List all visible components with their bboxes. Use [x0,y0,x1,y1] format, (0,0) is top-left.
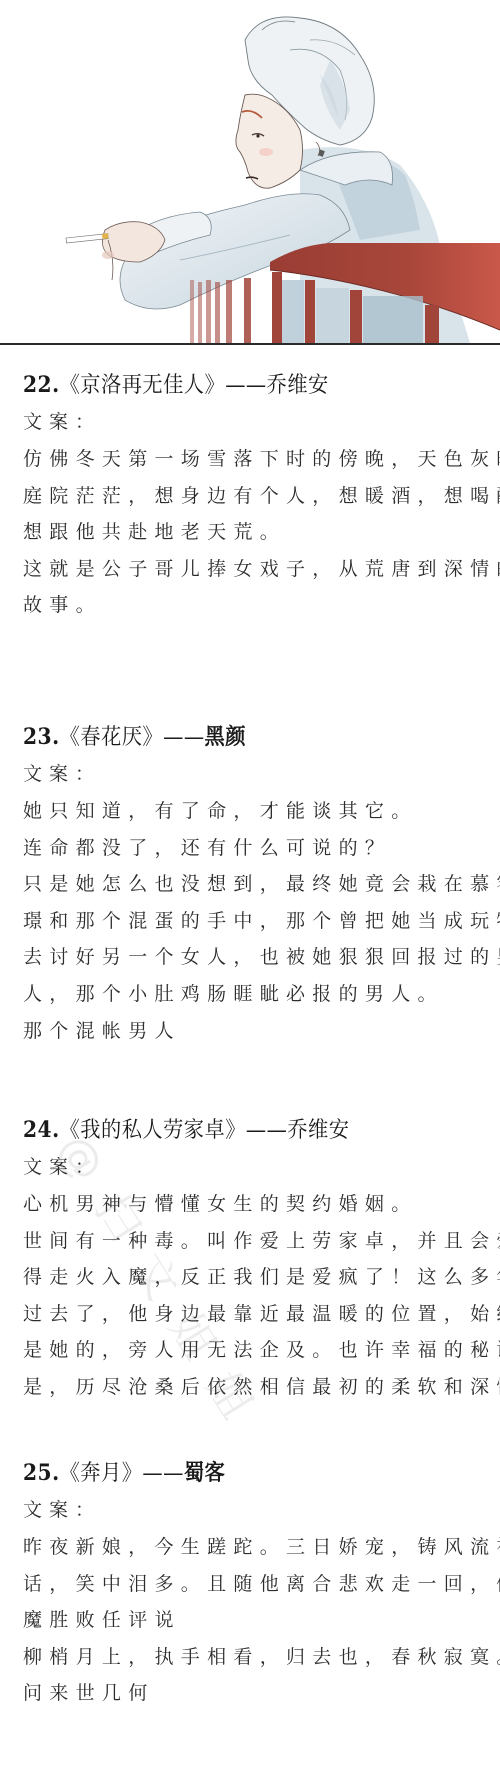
header-illustration [0,0,500,343]
blurb-line: 人，那个小肚鸡肠睚眦必报的男人。 [23,976,483,1013]
book-author: 乔维安 [287,1118,349,1143]
blurb-line: 这就是公子哥儿捧女戏子，从荒唐到深情的 [23,551,483,588]
book-entry-23: 23.《春花厌》——黑颜 文案： 她只知道，有了命，才能谈其它。 连命都没了，还… [23,719,483,1049]
book-entry-25: 25.《奔月》——蜀客 文案： 昨夜新娘，今生蹉跎。三日娇宠，铸风流神 话，笑中… [23,1455,483,1712]
blurb-label: 文案： [23,1148,483,1186]
blurb-line: 魔胜败任评说 [23,1602,483,1639]
blurb-label: 文案： [23,403,483,441]
blurb-line: 那个混帐男人 [23,1013,483,1050]
illustration-figure-on-railing [0,0,500,343]
title-dash: —— [142,1461,183,1486]
blurb-line: 只是她怎么也没想到，最终她竟会栽在慕容 [23,866,483,903]
blurb-line: 去讨好另一个女人，也被她狠狠回报过的男 [23,939,483,976]
book-entry-24: 24.《我的私人劳家卓》——乔维安 文案： 心机男神与懵懂女生的契约婚姻。 世间… [23,1112,483,1406]
book-title: 《奔月》 [60,1461,143,1486]
book-title: 《春花厌》 [60,725,164,750]
blurb-label: 文案： [23,755,483,793]
book-title: 《京洛再无佳人》 [60,373,226,398]
blurb-line: 是她的，旁人用无法企及。也许幸福的秘诀 [23,1332,483,1369]
blurb-line: 话，笑中泪多。且随他离合悲欢走一回，仙 [23,1566,483,1603]
book-number: 22. [23,372,60,398]
blurb-line: 心机男神与懵懂女生的契约婚姻。 [23,1186,483,1223]
book-author: 乔维安 [267,373,329,398]
book-title-heading: 23.《春花厌》——黑颜 [23,719,446,755]
book-title: 《我的私人劳家卓》 [60,1118,246,1143]
title-dash: —— [163,725,204,750]
book-title-heading: 22.《京洛再无佳人》——乔维安 [23,367,446,403]
image-divider-line [0,343,500,345]
book-number: 23. [23,724,60,750]
book-entry-22: 22.《京洛再无佳人》——乔维安 文案： 仿佛冬天第一场雪落下时的傍晚，天色灰暗… [23,367,483,624]
title-dash: —— [246,1118,287,1143]
blurb-line: 她只知道，有了命，才能谈其它。 [23,793,483,830]
blurb-line: 是，历尽沧桑后依然相信最初的柔软和深情。 [23,1369,483,1406]
blurb-line: 故事。 [23,587,483,624]
blurb-line: 问来世几何 [23,1675,483,1712]
blurb-line: 过去了，他身边最靠近最温暖的位置，始终 [23,1296,483,1333]
blurb-line: 连命都没了，还有什么可说的？ [23,830,483,867]
book-title-heading: 25.《奔月》——蜀客 [23,1455,446,1491]
blurb-line: 世间有一种毒。叫作爱上劳家卓，并且会爱 [23,1223,483,1260]
book-author: 蜀客 [184,1460,225,1486]
blurb-line: 想跟他共赴地老天荒。 [23,514,483,551]
blurb-label: 文案： [23,1491,483,1529]
blurb-line: 柳梢月上，执手相看，归去也，春秋寂寞。 [23,1639,483,1676]
blurb-line: 庭院茫茫，想身边有个人，想暖酒，想喝醉， [23,478,483,515]
blurb-line: 得走火入魔，反正我们是爱疯了！这么多年 [23,1259,483,1296]
book-number: 25. [23,1460,60,1486]
book-number: 24. [23,1117,60,1143]
book-author: 黑颜 [205,724,246,750]
blurb-line: 仿佛冬天第一场雪落下时的傍晚，天色灰暗， [23,441,483,478]
blurb-line: 璟和那个混蛋的手中，那个曾把她当成玩物 [23,903,483,940]
blurb-line: 昨夜新娘，今生蹉跎。三日娇宠，铸风流神 [23,1529,483,1566]
title-dash: —— [225,373,266,398]
book-title-heading: 24.《我的私人劳家卓》——乔维安 [23,1112,446,1148]
